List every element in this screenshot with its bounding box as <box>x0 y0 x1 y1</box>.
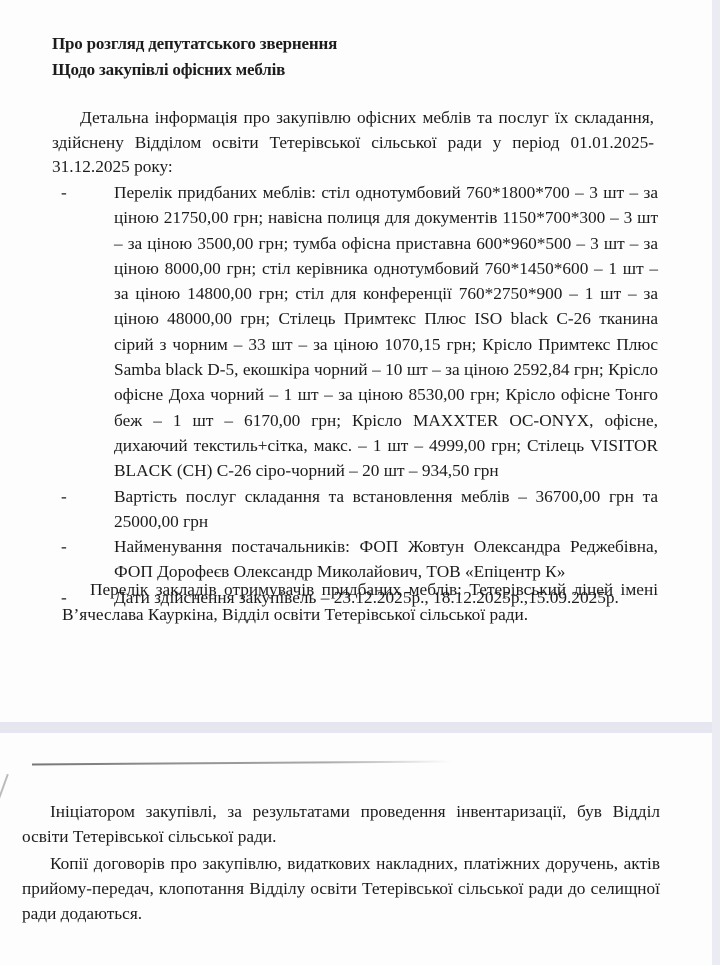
scan-artifact-mark <box>0 774 9 812</box>
list-item-services-cost: - Вартість послуг складання та встановле… <box>114 484 658 535</box>
recipients-paragraph: Перелік закладів отримувачів придбаних м… <box>62 578 658 627</box>
intro-paragraph: Детальна інформація про закупівлю офісни… <box>52 106 654 180</box>
document-page-2: Ініціатором закупівлі, за результатами п… <box>0 733 712 965</box>
bullet-marker: - <box>61 534 67 559</box>
procurement-details-list: - Перелік придбаних меблів: стіл однотум… <box>58 180 658 610</box>
initiator-paragraph: Ініціатором закупівлі, за результатами п… <box>22 799 660 849</box>
document-title-line-2: Щодо закупівлі офісних меблів <box>52 58 285 82</box>
document-page-1: Про розгляд депутатського звернення Щодо… <box>0 0 712 722</box>
list-item-furniture: - Перелік придбаних меблів: стіл однотум… <box>114 180 658 484</box>
attachments-paragraph: Копії договорів про закупівлю, видаткови… <box>22 851 660 926</box>
document-title-line-1: Про розгляд депутатського звернення <box>52 32 337 56</box>
list-item-text: Найменування постачальників: ФОП Жовтун … <box>114 537 658 581</box>
viewer-right-edge <box>712 0 720 965</box>
list-item-text: Вартість послуг складання та встановленн… <box>114 487 658 531</box>
bullet-marker: - <box>61 180 67 205</box>
scan-artifact-line <box>32 761 452 766</box>
list-item-text: Перелік придбаних меблів: стіл однотумбо… <box>114 183 658 480</box>
bullet-marker: - <box>61 484 67 509</box>
